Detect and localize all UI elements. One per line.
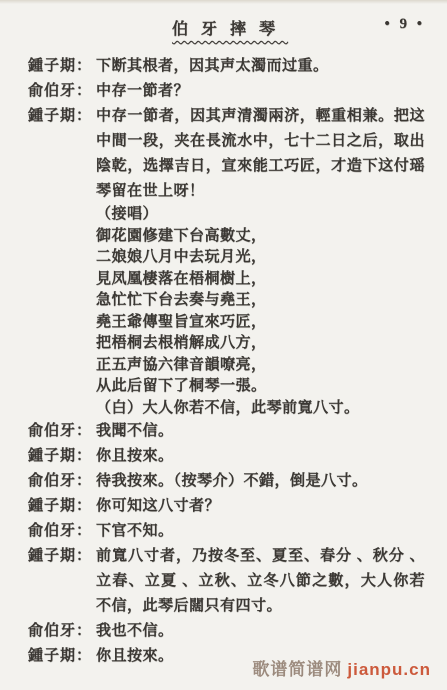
script-line-verse: 見凤凰棲落在梧桐樹上， <box>0 269 447 291</box>
script-line-stage: （接唱） <box>0 204 447 226</box>
line-text: 中存一節者？ <box>96 83 189 99</box>
page-number: • 9 • <box>384 16 425 33</box>
watermark: 歌谱简谱网jianpu.cn <box>252 655 431 680</box>
speaker-label: 俞伯牙： <box>28 519 92 544</box>
line-text: 御花園修建下台高數丈， <box>96 228 267 244</box>
speaker-label: 鍾子期： <box>28 104 92 129</box>
line-text: 二娘娘八月中去玩月光， <box>96 249 267 265</box>
watermark-site-name: 歌谱简谱网 <box>252 660 342 679</box>
script-line-dialogue: 俞伯牙：中存一節者？ <box>0 79 447 104</box>
line-text: 正五声協六律音韻嘹亮， <box>96 357 267 373</box>
line-text: 我聞不信。 <box>96 423 174 439</box>
script-line-verse: 正五声協六律音韻嘹亮， <box>0 355 447 377</box>
script-line-verse: 把梧桐去根梢解成八方， <box>0 333 447 355</box>
line-text: 你可知这八寸者？ <box>96 498 220 514</box>
script-line-dialogue: 俞伯牙：我聞不信。 <box>0 419 447 444</box>
speaker-label: 俞伯牙： <box>28 79 92 104</box>
line-text: 前寬八寸者，乃按冬至、夏至、春分 、秋分 、立春、立夏 、立秋、立冬八節之數，大… <box>96 548 425 614</box>
line-text: 你且按來。 <box>96 648 174 664</box>
speaker-label: 俞伯牙： <box>28 469 92 494</box>
script-line-dialogue: 鍾子期：中存一節者，因其声清濁兩济，輕重相兼。把这中間一段，夹在長流水中，七十二… <box>0 104 447 204</box>
speaker-label: 鍾子期： <box>28 444 92 469</box>
script-line-verse: （白）大人你若不信，此琴前寬八寸。 <box>0 398 447 420</box>
script-line-dialogue: 鍾子期：下断其根者，因其声太濁而过重。 <box>0 54 447 79</box>
line-text: 我也不信。 <box>96 623 174 639</box>
script-line-verse: 堯王爺傳聖旨宣來巧匠， <box>0 312 447 334</box>
page-header: 伯牙摔琴 • 9 • <box>0 0 447 46</box>
speaker-label: 鍾子期： <box>28 54 92 79</box>
line-text: 堯王爺傳聖旨宣來巧匠， <box>96 314 267 330</box>
speaker-label: 鍾子期： <box>28 494 92 519</box>
script-line-verse: 御花園修建下台高數丈， <box>0 226 447 248</box>
speaker-label: 鍾子期： <box>28 644 92 669</box>
line-text: 下断其根者，因其声太濁而过重。 <box>96 58 329 74</box>
line-text: 待我按來。（按琴介）不錯，倒是八寸。 <box>96 473 368 489</box>
script-line-dialogue: 俞伯牙：我也不信。 <box>0 619 447 644</box>
scanned-script-page: 伯牙摔琴 • 9 • 鍾子期：下断其根者，因其声太濁而过重。俞伯牙：中存一節者？… <box>0 0 447 690</box>
line-text: 你且按來。 <box>96 448 174 464</box>
line-text: 中存一節者，因其声清濁兩济，輕重相兼。把这中間一段，夹在長流水中，七十二日之后，… <box>96 108 425 199</box>
line-text: 見凤凰棲落在梧桐樹上， <box>96 271 267 287</box>
page-title: 伯牙摔琴 <box>0 16 447 39</box>
watermark-site-url: jianpu.cn <box>347 660 431 679</box>
script-line-dialogue: 鍾子期：你可知这八寸者？ <box>0 494 447 519</box>
script-line-dialogue: 俞伯牙：下官不知。 <box>0 519 447 544</box>
script-line-verse: 急忙忙下台去奏与堯王， <box>0 290 447 312</box>
line-text: 下官不知。 <box>96 523 174 539</box>
speaker-label: 鍾子期： <box>28 544 92 569</box>
line-text: （接唱） <box>96 206 158 222</box>
script-body: 鍾子期：下断其根者，因其声太濁而过重。俞伯牙：中存一節者？鍾子期：中存一節者，因… <box>0 54 447 669</box>
line-text: 从此后留下了桐琴一張。 <box>96 378 267 394</box>
script-line-verse: 从此后留下了桐琴一張。 <box>0 376 447 398</box>
speaker-label: 俞伯牙： <box>28 619 92 644</box>
script-line-dialogue: 鍾子期：前寬八寸者，乃按冬至、夏至、春分 、秋分 、立春、立夏 、立秋、立冬八節… <box>0 544 447 619</box>
script-line-dialogue: 俞伯牙：待我按來。（按琴介）不錯，倒是八寸。 <box>0 469 447 494</box>
script-line-verse: 二娘娘八月中去玩月光， <box>0 247 447 269</box>
line-text: 急忙忙下台去奏与堯王， <box>96 292 267 308</box>
script-line-dialogue: 鍾子期：你且按來。 <box>0 444 447 469</box>
speaker-label: 俞伯牙： <box>28 419 92 444</box>
line-text: 把梧桐去根梢解成八方， <box>96 335 267 351</box>
line-text: （白）大人你若不信，此琴前寬八寸。 <box>96 400 360 416</box>
